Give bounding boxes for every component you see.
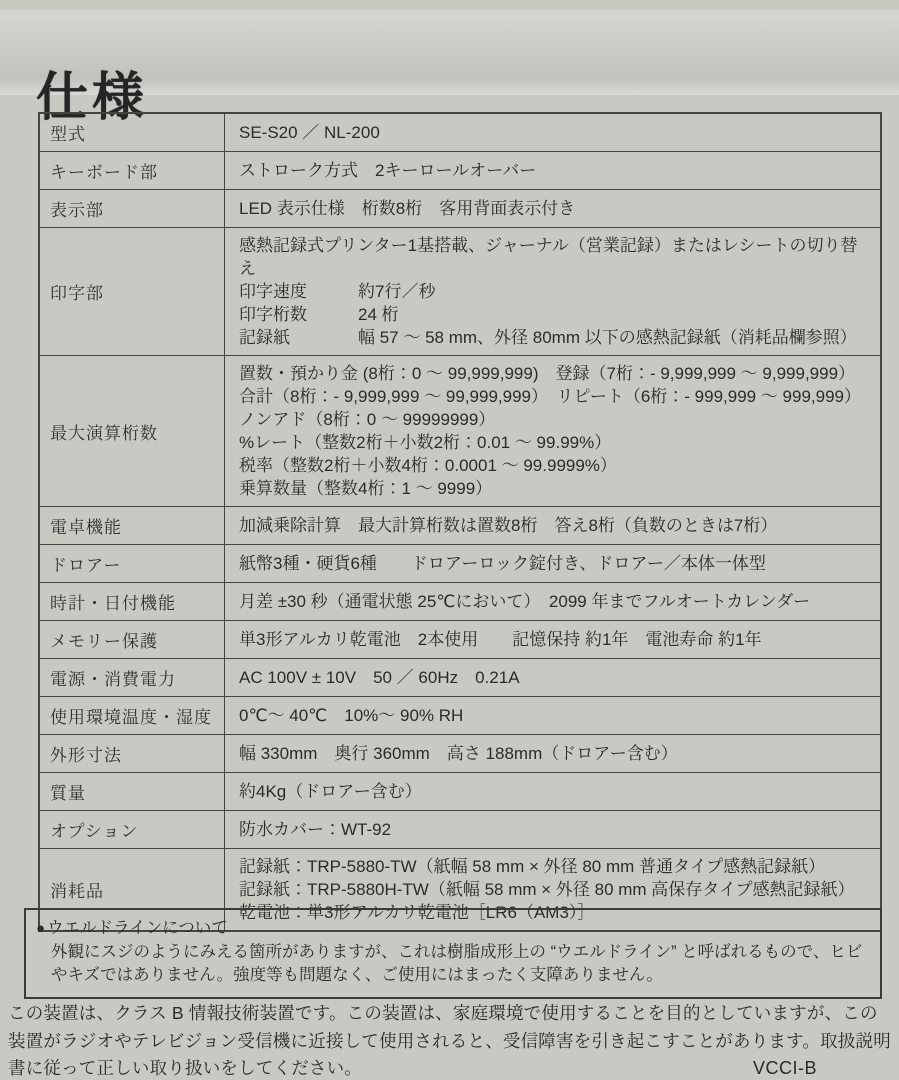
spec-row-label: メモリー保護 <box>39 621 225 659</box>
spec-value-line: 約4Kg（ドロアー含む） <box>239 780 870 803</box>
spec-row-label: ドロアー <box>39 545 225 583</box>
spec-row-label: 表示部 <box>39 190 225 228</box>
spec-row-value: 感熱記録式プリンター1基搭載、ジャーナル（営業記録）またはレシートの切り替え印字… <box>225 228 882 356</box>
spec-value-line: 感熱記録式プリンター1基搭載、ジャーナル（営業記録）またはレシートの切り替え <box>239 234 870 280</box>
spec-value-line: 加減乗除計算 最大計算桁数は置数8桁 答え8桁（負数のときは7桁） <box>239 514 870 537</box>
spec-value-line: 記録紙 幅 57 〜 58 mm、外径 80mm 以下の感熱記録紙（消耗品欄参照… <box>239 326 870 349</box>
spec-row-value: 幅 330mm 奥行 360mm 高さ 188mm（ドロアー含む） <box>225 735 882 773</box>
spec-row: 型式SE-S20 ／ NL-200 <box>39 113 881 152</box>
spec-row-label: オプション <box>39 811 225 849</box>
spec-row: ドロアー紙幣3種・硬貨6種 ドロアーロック錠付き、ドロアー／本体一体型 <box>39 545 881 583</box>
spec-value-line: 記録紙：TRP-5880-TW（紙幅 58 mm × 外径 80 mm 普通タイ… <box>239 855 870 878</box>
spec-value-line: 印字速度 約7行／秒 <box>239 280 870 303</box>
bullet-icon: ● <box>36 917 45 941</box>
spec-row: 印字部感熱記録式プリンター1基搭載、ジャーナル（営業記録）またはレシートの切り替… <box>39 228 881 356</box>
spec-row-value: 加減乗除計算 最大計算桁数は置数8桁 答え8桁（負数のときは7桁） <box>225 507 882 545</box>
spec-row-label: キーボード部 <box>39 152 225 190</box>
spec-table: 型式SE-S20 ／ NL-200キーボード部ストローク方式 2キーロールオーバ… <box>38 112 882 932</box>
spec-row-label: 印字部 <box>39 228 225 356</box>
spec-row: 最大演算桁数置数・預かり金 (8桁：0 〜 99,999,999) 登録（7桁：… <box>39 356 881 507</box>
spec-row: 電源・消費電力AC 100V ± 10V 50 ／ 60Hz 0.21A <box>39 659 881 697</box>
spec-row: 使用環境温度・湿度0℃〜 40℃ 10%〜 90% RH <box>39 697 881 735</box>
spec-row-value: 月差 ±30 秒（通電状態 25℃において） 2099 年までフルオートカレンダ… <box>225 583 882 621</box>
spec-value-line: 印字桁数 24 桁 <box>239 303 870 326</box>
spec-row-value: 置数・預かり金 (8桁：0 〜 99,999,999) 登録（7桁：- 9,99… <box>225 356 882 507</box>
spec-row: メモリー保護単3形アルカリ乾電池 2本使用 記憶保持 約1年 電池寿命 約1年 <box>39 621 881 659</box>
vcci-code: VCCI-B <box>753 1058 817 1079</box>
spec-value-line: SE-S20 ／ NL-200 <box>239 121 870 144</box>
spec-row-label: 型式 <box>39 113 225 152</box>
spec-table-body: 型式SE-S20 ／ NL-200キーボード部ストローク方式 2キーロールオーバ… <box>39 113 881 931</box>
spec-row-value: LED 表示仕様 桁数8桁 客用背面表示付き <box>225 190 882 228</box>
spec-row: 質量約4Kg（ドロアー含む） <box>39 773 881 811</box>
spec-row-value: 防水カバー：WT-92 <box>225 811 882 849</box>
spec-value-line: ストローク方式 2キーロールオーバー <box>239 159 870 182</box>
spec-value-line: 税率（整数2桁＋小数4桁：0.0001 〜 99.9999%） <box>239 454 870 477</box>
spec-value-line: ノンアド（8桁：0 〜 99999999） <box>239 408 870 431</box>
spec-value-line: 紙幣3種・硬貨6種 ドロアーロック錠付き、ドロアー／本体一体型 <box>239 552 870 575</box>
spec-value-line: %レート（整数2桁＋小数2桁：0.01 〜 99.99%） <box>239 431 870 454</box>
spec-row-label: 質量 <box>39 773 225 811</box>
spec-value-line: 単3形アルカリ乾電池 2本使用 記憶保持 約1年 電池寿命 約1年 <box>239 628 870 651</box>
spec-value-line: 防水カバー：WT-92 <box>239 818 870 841</box>
spec-row: オプション防水カバー：WT-92 <box>39 811 881 849</box>
spec-row-value: 単3形アルカリ乾電池 2本使用 記憶保持 約1年 電池寿命 約1年 <box>225 621 882 659</box>
spec-value-line: 記録紙：TRP-5880H-TW（紙幅 58 mm × 外径 80 mm 高保存… <box>239 878 870 901</box>
note-body-text: 外観にスジのようにみえる箇所がありますが、これは樹脂成形上の “ウエルドライン”… <box>36 941 870 988</box>
spec-row: 表示部LED 表示仕様 桁数8桁 客用背面表示付き <box>39 190 881 228</box>
spec-value-line: LED 表示仕様 桁数8桁 客用背面表示付き <box>239 197 870 220</box>
spec-row: 時計・日付機能月差 ±30 秒（通電状態 25℃において） 2099 年までフル… <box>39 583 881 621</box>
spec-row-value: ストローク方式 2キーロールオーバー <box>225 152 882 190</box>
spec-value-line: 幅 330mm 奥行 360mm 高さ 188mm（ドロアー含む） <box>239 742 870 765</box>
spec-value-line: 乗算数量（整数4桁：1 〜 9999） <box>239 477 870 500</box>
spec-row-label: 電源・消費電力 <box>39 659 225 697</box>
spec-value-line: 合計（8桁：- 9,999,999 〜 99,999,999） リピート（6桁：… <box>239 385 870 408</box>
note-heading-text: ウエルドラインについて <box>47 917 228 941</box>
spec-row-value: SE-S20 ／ NL-200 <box>225 113 882 152</box>
spec-value-line: AC 100V ± 10V 50 ／ 60Hz 0.21A <box>239 666 870 689</box>
spec-row-label: 時計・日付機能 <box>39 583 225 621</box>
spec-value-line: 置数・預かり金 (8桁：0 〜 99,999,999) 登録（7桁：- 9,99… <box>239 362 870 385</box>
spec-row-label: 使用環境温度・湿度 <box>39 697 225 735</box>
note-heading: ● ウエルドラインについて <box>36 917 870 941</box>
spec-row-value: 約4Kg（ドロアー含む） <box>225 773 882 811</box>
spec-row-label: 最大演算桁数 <box>39 356 225 507</box>
spec-row-value: AC 100V ± 10V 50 ／ 60Hz 0.21A <box>225 659 882 697</box>
spec-row-label: 電卓機能 <box>39 507 225 545</box>
spec-value-line: 月差 ±30 秒（通電状態 25℃において） 2099 年までフルオートカレンダ… <box>239 590 870 613</box>
spec-value-line: 0℃〜 40℃ 10%〜 90% RH <box>239 704 870 727</box>
spec-row-value: 0℃〜 40℃ 10%〜 90% RH <box>225 697 882 735</box>
spec-row: 電卓機能加減乗除計算 最大計算桁数は置数8桁 答え8桁（負数のときは7桁） <box>39 507 881 545</box>
weld-line-note-box: ● ウエルドラインについて 外観にスジのようにみえる箇所がありますが、これは樹脂… <box>24 908 882 999</box>
spec-row-value: 紙幣3種・硬貨6種 ドロアーロック錠付き、ドロアー／本体一体型 <box>225 545 882 583</box>
spec-row: キーボード部ストローク方式 2キーロールオーバー <box>39 152 881 190</box>
spec-row: 外形寸法幅 330mm 奥行 360mm 高さ 188mm（ドロアー含む） <box>39 735 881 773</box>
spec-row-label: 外形寸法 <box>39 735 225 773</box>
